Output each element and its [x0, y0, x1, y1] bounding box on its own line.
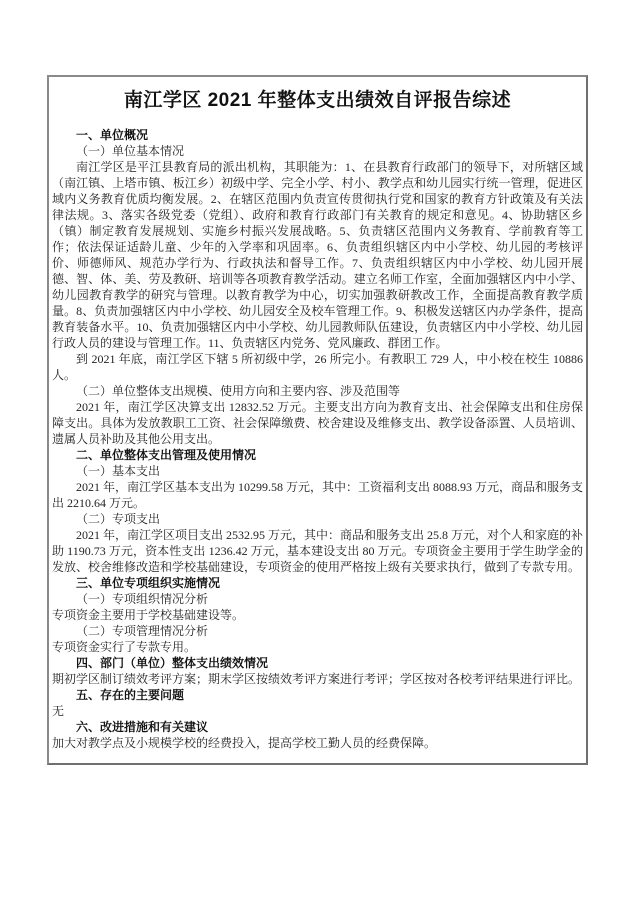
- report-frame: 南江学区 2021 年整体支出绩效自评报告综述 一、单位概况（一）单位基本情况南…: [47, 75, 588, 765]
- paragraph: 2021 年，南江学区决算支出 12832.52 万元。主要支出方向为教育支出、…: [52, 399, 583, 447]
- paragraph: 无: [52, 703, 583, 719]
- section-heading: 六、改进措施和有关建议: [52, 719, 583, 735]
- paragraph: 专项资金实行了专款专用。: [52, 639, 583, 655]
- report-title: 南江学区 2021 年整体支出绩效自评报告综述: [52, 88, 583, 114]
- report-body: 一、单位概况（一）单位基本情况南江学区是平江县教育局的派出机构，其职能为：1、在…: [52, 127, 583, 751]
- sub-heading: （一）基本支出: [52, 463, 583, 479]
- section-heading: 二、单位整体支出管理及使用情况: [52, 447, 583, 463]
- sub-heading: （一）专项组织情况分析: [52, 591, 583, 607]
- paragraph: 加大对教学点及小规模学校的经费投入，提高学校工勤人员的经费保障。: [52, 735, 583, 751]
- paragraph: 专项资金主要用于学校基础建设等。: [52, 607, 583, 623]
- sub-heading: （一）单位基本情况: [52, 143, 583, 159]
- paragraph: 南江学区是平江县教育局的派出机构，其职能为：1、在县教育行政部门的领导下，对所辖…: [52, 159, 583, 351]
- paragraph: 2021 年，南江学区基本支出为 10299.58 万元，其中：工资福利支出 8…: [52, 479, 583, 511]
- paragraph: 到 2021 年底，南江学区下辖 5 所初级中学，26 所完小。有教职工 729…: [52, 351, 583, 383]
- sub-heading: （二）专项支出: [52, 511, 583, 527]
- sub-heading: （二）单位整体支出规模、使用方向和主要内容、涉及范围等: [52, 383, 583, 399]
- document-page: 南江学区 2021 年整体支出绩效自评报告综述 一、单位概况（一）单位基本情况南…: [0, 0, 635, 898]
- section-heading: 一、单位概况: [52, 127, 583, 143]
- section-heading: 三、单位专项组织实施情况: [52, 575, 583, 591]
- sub-heading: （二）专项管理情况分析: [52, 623, 583, 639]
- paragraph: 2021 年，南江学区项目支出 2532.95 万元，其中：商品和服务支出 25…: [52, 527, 583, 575]
- section-heading: 五、存在的主要问题: [52, 687, 583, 703]
- paragraph: 期初学区制订绩效考评方案；期末学区按绩效考评方案进行考评；学区按对各校考评结果进…: [52, 671, 583, 687]
- section-heading: 四、部门（单位）整体支出绩效情况: [52, 655, 583, 671]
